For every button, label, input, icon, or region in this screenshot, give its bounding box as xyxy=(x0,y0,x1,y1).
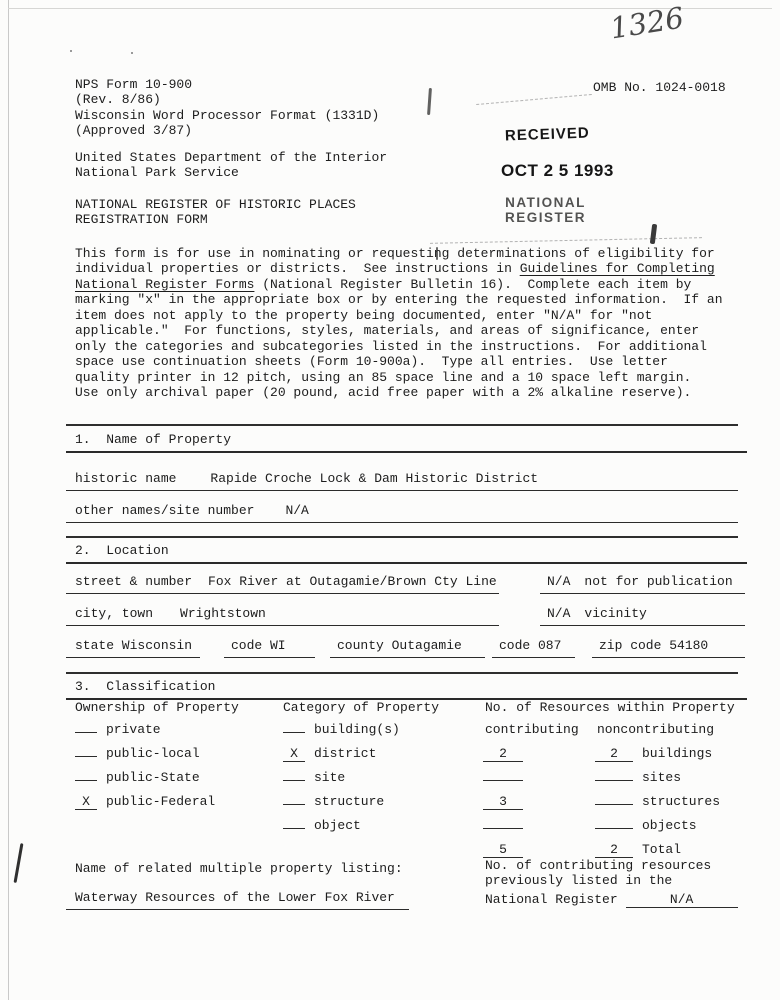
resource-row-buildings: 22buildings xyxy=(483,746,712,762)
resource-label: buildings xyxy=(642,746,712,761)
received-stamp: RECEIVED xyxy=(505,125,590,145)
speck-artifact xyxy=(70,50,72,52)
noncontributing-header: noncontributing xyxy=(597,722,714,737)
resource-label: objects xyxy=(642,818,697,833)
noncontributing-count xyxy=(595,780,633,781)
contributing-count: 3 xyxy=(483,795,523,810)
other-names-value: N/A xyxy=(285,503,308,518)
national-register-count-row: National RegisterN/A xyxy=(485,892,738,908)
checkbox-blank xyxy=(283,780,305,781)
resource-label: structures xyxy=(642,794,720,809)
resource-label: Total xyxy=(642,842,681,857)
scan-line-artifact xyxy=(430,237,702,244)
form-number-block: NPS Form 10-900 (Rev. 8/86) Wisconsin Wo… xyxy=(75,77,379,138)
resources-title: No. of Resources within Property xyxy=(485,700,735,715)
speck-artifact xyxy=(131,52,133,54)
historic-name-label: historic name xyxy=(75,471,176,486)
national-register-stamp: NATIONAL REGISTER xyxy=(505,196,586,225)
option-label: public-State xyxy=(106,770,200,785)
option-label: building(s) xyxy=(314,722,400,737)
resource-row-structures: 3structures xyxy=(483,794,720,810)
previously-listed-value: N/A xyxy=(626,893,738,908)
contributing-header: contributing xyxy=(485,722,579,737)
resource-row-objects: objects xyxy=(483,818,697,833)
option-label: site xyxy=(314,770,345,785)
not-for-publication-label: not for publication xyxy=(584,574,732,589)
category-option-district: Xdistrict xyxy=(283,746,376,762)
historic-name-row: historic nameRapide Croche Lock & Dam Hi… xyxy=(66,464,738,491)
city-town-value: Wrightstown xyxy=(180,606,266,621)
category-option-object: object xyxy=(283,818,361,833)
ink-blob-artifact xyxy=(650,224,657,244)
section-2-top-rule xyxy=(66,536,738,538)
ownership-option-private: private xyxy=(75,722,161,737)
street-number-value: Fox River at Outagamie/Brown Cty Line xyxy=(208,574,497,589)
ownership-option-public-state: public-State xyxy=(75,770,200,785)
contributing-count xyxy=(483,828,523,829)
other-names-label: other names/site number xyxy=(75,503,254,518)
noncontributing-count: 2 xyxy=(595,843,633,858)
ink-mark-artifact xyxy=(427,88,432,115)
state-field: state Wisconsin xyxy=(66,634,200,658)
checkbox-blank xyxy=(75,756,97,757)
resource-row-total: 52Total xyxy=(483,842,681,858)
category-option-structure: structure xyxy=(283,794,384,809)
intro-paragraph: This form is for use in nominating or re… xyxy=(75,246,723,401)
previously-listed-label: No. of contributing resources previously… xyxy=(485,858,711,889)
ownership-title: Ownership of Property xyxy=(75,700,239,715)
street-number-label: street & number xyxy=(75,574,192,589)
ownership-option-public-federal: Xpublic-Federal xyxy=(75,794,215,810)
zip-code-field: zip code 54180 xyxy=(592,634,745,658)
option-label: public-Federal xyxy=(106,794,215,809)
contributing-count: 2 xyxy=(483,747,523,762)
vicinity-row: N/Avicinity xyxy=(540,602,745,626)
scan-line-artifact xyxy=(476,94,592,105)
county-code-field: code 087 xyxy=(492,634,575,658)
checkbox-blank xyxy=(283,828,305,829)
form-title: NATIONAL REGISTER OF HISTORIC PLACES REG… xyxy=(75,197,356,228)
omb-number: OMB No. 1024-0018 xyxy=(593,80,726,95)
resource-label: sites xyxy=(642,770,681,785)
option-label: private xyxy=(106,722,161,737)
scan-edge-left xyxy=(8,0,9,1000)
city-town-row: city, townWrightstown xyxy=(66,602,499,626)
ownership-option-public-local: public-local xyxy=(75,746,200,761)
checkbox-blank xyxy=(75,780,97,781)
scanned-document-page: 1326 NPS Form 10-900 (Rev. 8/86) Wiscons… xyxy=(0,0,780,1000)
contributing-count xyxy=(483,780,523,781)
category-option-buildings: building(s) xyxy=(283,722,400,737)
contributing-count: 5 xyxy=(483,843,523,858)
county-field: county Outagamie xyxy=(330,634,485,658)
checkbox-marked: X xyxy=(283,747,305,762)
section-3-heading: 3. Classification xyxy=(66,677,747,700)
date-stamp: OCT 2 5 1993 xyxy=(501,161,614,181)
section-1-heading: 1. Name of Property xyxy=(66,430,747,453)
category-option-site: site xyxy=(283,770,345,785)
checkbox-marked: X xyxy=(75,795,97,810)
street-number-row: street & numberFox River at Outagamie/Br… xyxy=(66,570,499,594)
section-1-top-rule xyxy=(66,424,738,426)
noncontributing-count xyxy=(595,804,633,805)
checkbox-blank xyxy=(283,732,305,733)
option-label: public-local xyxy=(106,746,200,761)
vicinity-label: vicinity xyxy=(584,606,646,621)
other-names-row: other names/site numberN/A xyxy=(66,496,738,523)
state-code-field: code WI xyxy=(224,634,315,658)
pen-mark xyxy=(14,843,23,883)
option-label: structure xyxy=(314,794,384,809)
intro-text: (National Register Bulletin 16). Complet… xyxy=(75,277,723,400)
city-town-label: city, town xyxy=(75,606,153,621)
noncontributing-count xyxy=(595,828,633,829)
vicinity-na: N/A xyxy=(547,606,570,621)
historic-name-value: Rapide Croche Lock & Dam Historic Distri… xyxy=(210,471,538,486)
option-label: district xyxy=(314,746,376,761)
checkbox-blank xyxy=(283,804,305,805)
noncontributing-count: 2 xyxy=(595,747,633,762)
related-listing-label: Name of related multiple property listin… xyxy=(75,861,403,876)
not-for-publication-row: N/Anot for publication xyxy=(540,570,745,594)
section-2-heading: 2. Location xyxy=(66,541,747,564)
section-3-top-rule xyxy=(66,672,738,674)
option-label: object xyxy=(314,818,361,833)
not-for-publication-na: N/A xyxy=(547,574,570,589)
checkbox-blank xyxy=(75,732,97,733)
resource-row-sites: sites xyxy=(483,770,681,785)
category-title: Category of Property xyxy=(283,700,439,715)
national-register-label: National Register xyxy=(485,892,618,907)
agency-name: United States Department of the Interior… xyxy=(75,150,387,181)
related-listing-value: Waterway Resources of the Lower Fox Rive… xyxy=(66,886,409,910)
